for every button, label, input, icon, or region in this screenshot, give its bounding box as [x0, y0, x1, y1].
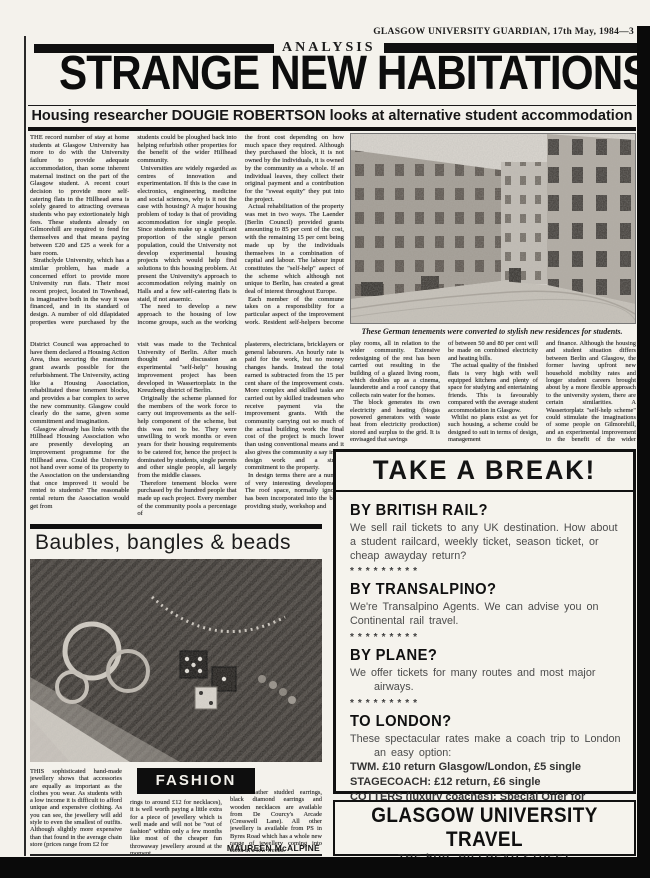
baubles-rule: [30, 524, 322, 529]
star-separator: *********: [350, 698, 623, 709]
ad-section-heading: TO LONDON?: [350, 713, 623, 731]
article-column: THE record number of stay at home studen…: [30, 134, 129, 327]
baubles-header: Baubles, bangles & beads: [35, 531, 322, 555]
page-bottom-edge: [0, 857, 650, 878]
headline: STRANGE NEW HABITATIONS: [59, 50, 601, 98]
ad-fare-line: TWM. £10 return Glasgow/London, £5 singl…: [350, 760, 623, 775]
ad-section-body: We're Transalpino Agents. We can advise …: [350, 601, 623, 629]
ad-section-body: We sell rail tickets to any UK destinati…: [350, 522, 623, 563]
article-column: District Council was approached to have …: [30, 341, 129, 522]
article-column: students could be ploughed back into hel…: [137, 134, 236, 327]
article-columns-top: THE record number of stay at home studen…: [30, 134, 344, 327]
article-column: and finance. Although the housing and st…: [546, 340, 636, 445]
article-column: play rooms, all in relation to the wider…: [350, 340, 440, 445]
travel-agency-name: GLASGOW UNIVERSITY TRAVEL: [335, 804, 634, 852]
take-a-break-ad: TAKE A BREAK! BY BRITISH RAIL? We sell r…: [333, 449, 636, 794]
ad-section-heading: BY BRITISH RAIL?: [350, 502, 623, 520]
article-column: of between 50 and 80 per cent will be ma…: [448, 340, 538, 445]
page-right-edge: [637, 26, 650, 878]
ad-section-plane: BY PLANE? We offer tickets for many rout…: [350, 647, 623, 709]
ad-section-heading: BY TRANSALPINO?: [350, 581, 623, 599]
page-left-rule: [24, 36, 26, 856]
article-columns-mid-right: play rooms, all in relation to the wider…: [350, 340, 636, 445]
star-separator: *********: [350, 632, 623, 643]
photo-caption: These German tenements were converted to…: [346, 327, 638, 336]
ad-title: TAKE A BREAK!: [336, 452, 633, 492]
ad-section-rail: BY BRITISH RAIL? We sell rail tickets to…: [350, 502, 623, 577]
fashion-byline: MAUREEN McALPINE: [192, 843, 320, 853]
article-column: the front cost depending on how much spa…: [245, 134, 344, 327]
masthead: GLASGOW UNIVERSITY GUARDIAN, 17th May, 1…: [320, 27, 634, 37]
fashion-label: FASHION: [137, 768, 255, 794]
travel-agency-box: GLASGOW UNIVERSITY TRAVEL THE hUB, HILLH…: [333, 800, 636, 856]
ad-section-heading: BY PLANE?: [350, 647, 623, 665]
ad-fare-line: STAGECOACH: £12 return, £6 single: [350, 775, 623, 790]
ad-section-body: These spectacular rates make a coach tri…: [350, 733, 623, 761]
subhead: Housing researcher DOUGIE ROBERTSON look…: [28, 105, 636, 131]
article-column: visit was made to the Technical Universi…: [137, 341, 236, 522]
star-separator: *********: [350, 566, 623, 577]
ad-section-transalpino: BY TRANSALPINO? We're Transalpino Agents…: [350, 581, 623, 643]
tenement-photo: [350, 133, 636, 324]
ad-section-body: We offer tickets for many routes and mos…: [350, 667, 623, 695]
footer-rule: [30, 854, 322, 856]
jewellery-photo: [30, 559, 322, 762]
fashion-column: THIS sophisticated hand-made jewellery s…: [30, 768, 122, 854]
newspaper-page: GLASGOW UNIVERSITY GUARDIAN, 17th May, 1…: [0, 0, 650, 878]
article-columns-mid-left: District Council was approached to have …: [30, 341, 344, 522]
article-column: plasterers, electricians, bricklayers or…: [245, 341, 344, 522]
